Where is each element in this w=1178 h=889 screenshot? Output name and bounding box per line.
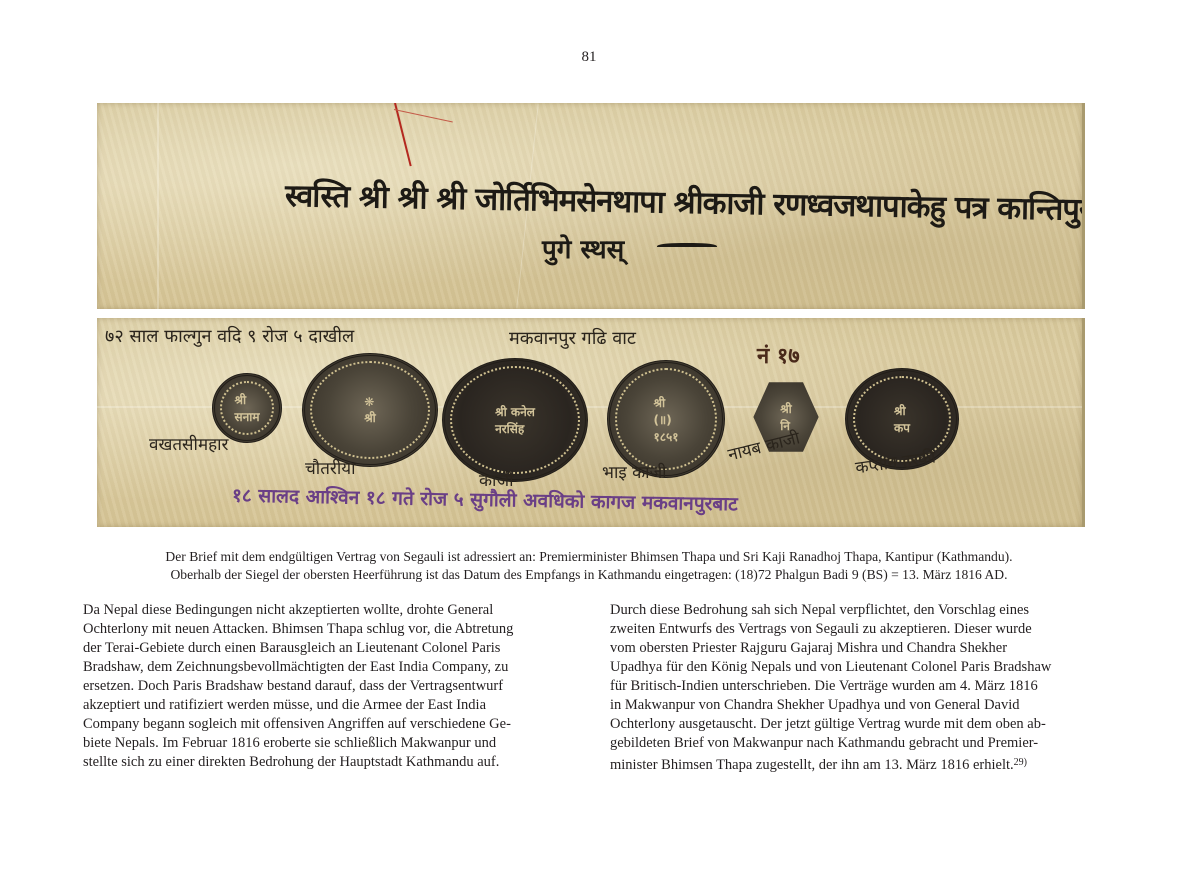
- seal-label: भाइ काजी: [602, 460, 667, 483]
- seal-label: चौतरीया: [305, 456, 356, 479]
- address-calligraphy-line2: पुगे स्थस्: [542, 230, 624, 266]
- place-note: मकवानपुर गढि वाट: [509, 326, 636, 350]
- red-ink-mark: [394, 109, 453, 122]
- seal-ornate-oval: ❋श्री: [302, 353, 438, 467]
- text-line: stellte sich zu einer direkten Bedrohung…: [83, 753, 573, 772]
- text-line: vom obersten Priester Rajguru Gajaraj Mi…: [610, 639, 1100, 658]
- caption-line-2: Oberhalb der Siegel der obersten Heerfüh…: [0, 566, 1178, 584]
- text-line: Bradshaw, dem Zeichnungsbevollmächtigten…: [83, 658, 573, 677]
- text-line: Ochterlony mit neuen Attacken. Bhimsen T…: [83, 620, 573, 639]
- page-number: 81: [0, 49, 1178, 66]
- seal-large-dark-oval: श्री कनेलनरसिंह: [442, 358, 588, 482]
- paper-crease: [157, 103, 159, 309]
- paragraph: Da Nepal diese Bedingungen nicht akzepti…: [83, 601, 573, 772]
- footnote-reference[interactable]: 29): [1014, 757, 1027, 768]
- address-calligraphy-line1: स्वस्ति श्री श्री श्री जोर्तिभिमसेनथापा …: [285, 174, 1085, 230]
- text-line: Company begann sogleich mit offensiven A…: [83, 715, 573, 734]
- number-note: नं १७: [757, 340, 800, 370]
- text-line: ersetzen. Doch Paris Bradshaw bestand da…: [83, 677, 573, 696]
- text-line: in Makwanpur von Chandra Shekher Upadhya…: [610, 696, 1100, 715]
- text-line: Da Nepal diese Bedingungen nicht akzepti…: [83, 601, 573, 620]
- caption-line-1: Der Brief mit dem endgültigen Vertrag vo…: [0, 548, 1178, 566]
- text-line: Ochterlony ausgetauscht. Der jetzt gülti…: [610, 715, 1100, 734]
- body-column-right: Durch diese Bedrohung sah sich Nepal ver…: [610, 601, 1100, 775]
- purple-ink-note: १८ सालद आश्विन १८ गते रोज ५ सुगौली अवधिक…: [232, 482, 738, 517]
- seal-label: वखतसीमहार: [149, 432, 229, 455]
- text-line: akzeptiert und ratifiziert werden müsse,…: [83, 696, 573, 715]
- text-line: für Britisch-Indien unterschrieben. Die …: [610, 677, 1100, 696]
- text-line: Upadhya für den König Nepals und von Lie…: [610, 658, 1100, 677]
- receipt-date-note: ७२ साल फाल्गुन वदि ९ रोज ५ दाखील: [105, 324, 354, 348]
- text-line-content: minister Bhimsen Thapa zugestellt, der i…: [610, 757, 1014, 773]
- figure-caption: Der Brief mit dem endgültigen Vertrag vo…: [0, 548, 1178, 584]
- body-column-left: Da Nepal diese Bedingungen nicht akzepti…: [83, 601, 573, 772]
- text-line: biete Nepals. Im Februar 1816 eroberte s…: [83, 734, 573, 753]
- text-line: zweiten Entwurfs des Vertrags von Segaul…: [610, 620, 1100, 639]
- text-line: minister Bhimsen Thapa zugestellt, der i…: [610, 753, 1100, 775]
- calligraphy-swash: [657, 243, 717, 251]
- letter-seal-side-photo: ७२ साल फाल्गुन वदि ९ रोज ५ दाखील मकवानपु…: [97, 318, 1085, 527]
- paragraph: Durch diese Bedrohung sah sich Nepal ver…: [610, 601, 1100, 775]
- letter-address-side-photo: स्वस्ति श्री श्री श्री जोर्तिभिमसेनथापा …: [97, 103, 1085, 309]
- text-line: gebildeten Brief von Makwanpur nach Kath…: [610, 734, 1100, 753]
- text-line: Durch diese Bedrohung sah sich Nepal ver…: [610, 601, 1100, 620]
- text-line: der Terai-Gebiete durch einen Barausglei…: [83, 639, 573, 658]
